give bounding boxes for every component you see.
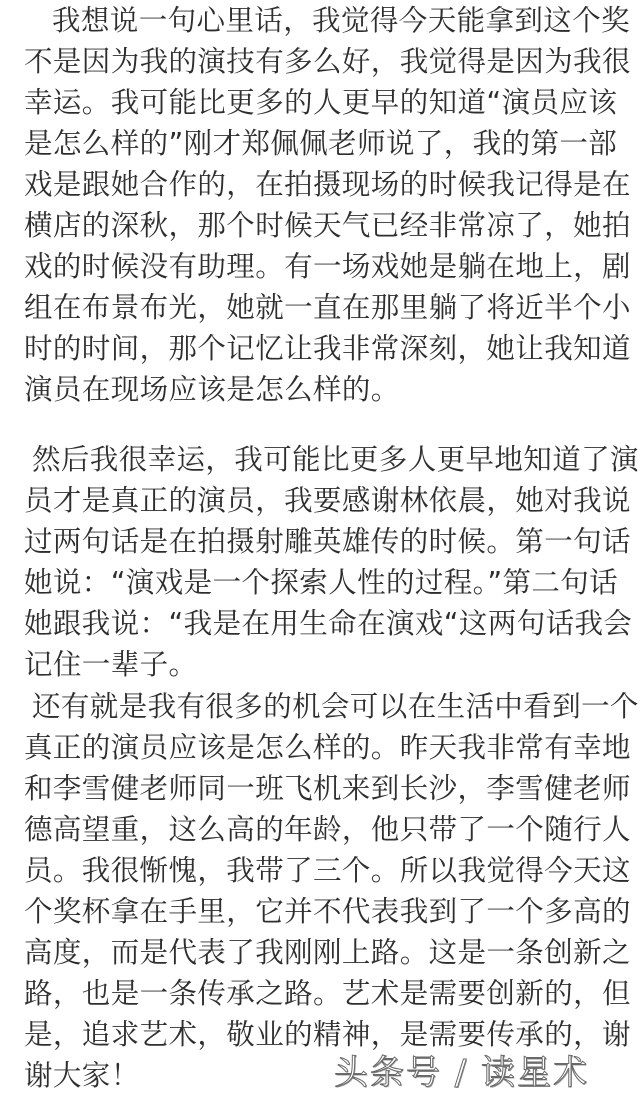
text-line: 过两句话是在拍摄射雕英雄传的时候。第一句话 [24,521,639,562]
text-line: 幸运。我可能比更多的人更早的知道“演员应该 [24,82,631,123]
text-line: 她跟我说：“我是在用生命在演戏“这两句话我会 [24,603,639,644]
text-line: 不是因为我的演技有多么好，我觉得是因为我很 [24,41,631,82]
text-line: 路，也是一条传承之路。艺术是需要创新的，但 [24,973,639,1014]
text-line: 真正的演员应该是怎么样的。昨天我非常有幸地 [24,727,639,768]
text-line: 还有就是我有很多的机会可以在生活中看到一个 [24,686,639,727]
text-line: 记住一辈子。 [24,644,639,685]
text-line: 她说：“演戏是一个探索人性的过程。”第二句话 [24,562,639,603]
text-line: 然后我很幸运，我可能比更多人更早地知道了演 [24,439,639,480]
text-line: 组在布景布光，她就一直在那里躺了将近半个小 [24,287,631,328]
text-line: 德高望重，这么高的年龄，他只带了一个随行人 [24,809,639,850]
source-watermark: 头条号 / 读星术 [334,1045,589,1094]
text-line: 和李雪健老师同一班飞机来到长沙，李雪健老师 [24,768,639,809]
text-line: 我想说一句心里话，我觉得今天能拿到这个奖 [24,0,631,41]
paragraph-3: 还有就是我有很多的机会可以在生活中看到一个 真正的演员应该是怎么样的。昨天我非常… [24,686,639,1095]
paragraph-1: 我想说一句心里话，我觉得今天能拿到这个奖 不是因为我的演技有多么好，我觉得是因为… [24,0,631,410]
text-line: 时的时间，那个记忆让我非常深刻，她让我知道 [24,328,631,369]
text-line: 戏是跟她合作的，在拍摄现场的时候我记得是在 [24,164,631,205]
text-line: 是怎么样的”刚才郑佩佩老师说了，我的第一部 [24,123,631,164]
text-line: 演员在现场应该是怎么样的。 [24,369,631,410]
paragraph-2: 然后我很幸运，我可能比更多人更早地知道了演 员才是真正的演员，我要感谢林依晨，她… [24,439,639,685]
text-line: 员才是真正的演员，我要感谢林依晨，她对我说 [24,480,639,521]
text-line: 高度，而是代表了我刚刚上路。这是一条创新之 [24,932,639,973]
text-line: 员。我很惭愧，我带了三个。所以我觉得今天这 [24,850,639,891]
text-line: 戏的时候没有助理。有一场戏她是躺在地上，剧 [24,246,631,287]
text-line: 横店的深秋，那个时候天气已经非常凉了，她拍 [24,205,631,246]
text-line: 个奖杯拿在手里，它并不代表我到了一个多高的 [24,891,639,932]
